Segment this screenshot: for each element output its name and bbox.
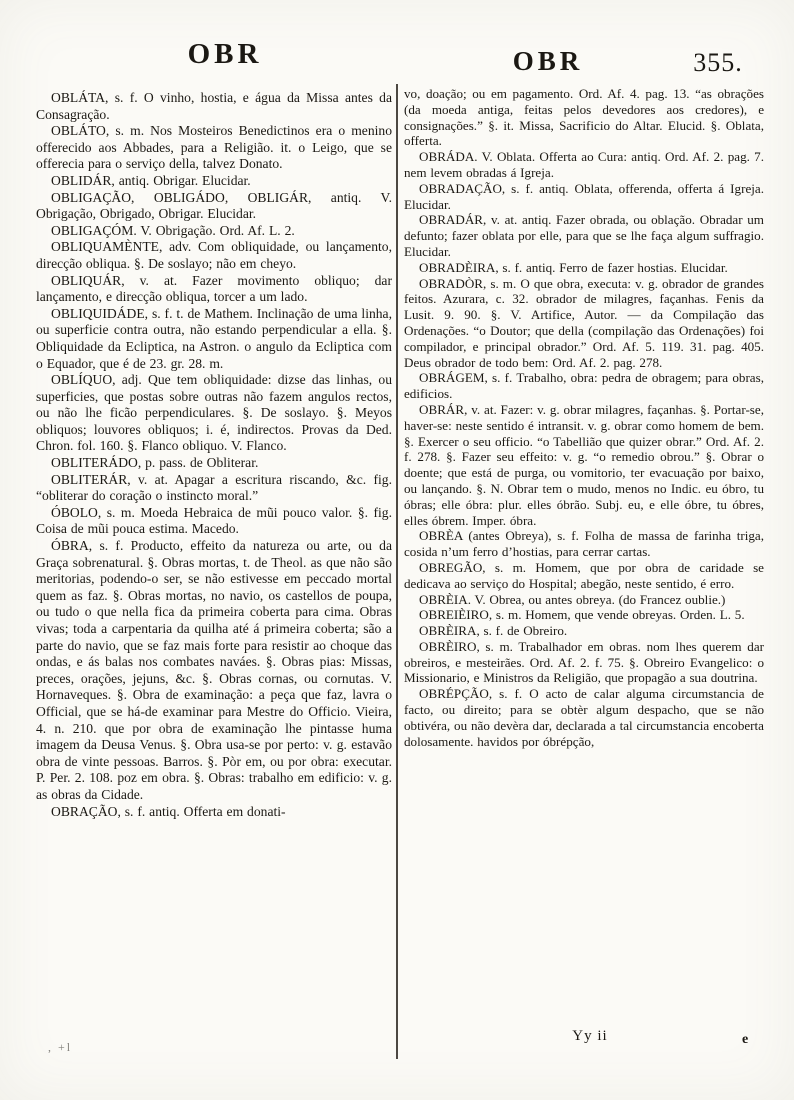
dictionary-entry: OBRÈIRA, s. f. de Obreiro. xyxy=(404,623,764,639)
catchword: e xyxy=(742,1032,748,1048)
signature-mark: Yy ii xyxy=(520,1028,660,1045)
column-divider-rule xyxy=(396,84,398,1059)
running-head-left: OBR xyxy=(145,38,305,71)
left-column: OBLÁTA, s. f. O vinho, hostia, e água da… xyxy=(36,90,392,820)
dictionary-entry: OBLIQUAMÈNTE, adv. Com obliquidade, ou l… xyxy=(36,239,392,272)
dictionary-entry: OBREIÈIRO, s. m. Homem, que vende obreya… xyxy=(404,607,764,623)
dictionary-entry: OBRADÈIRA, s. f. antiq. Ferro de fazer h… xyxy=(404,260,764,276)
ink-mark: , +l xyxy=(48,1040,72,1055)
dictionary-entry: OBRADÁR, v. at. antiq. Fazer obrada, ou … xyxy=(404,212,764,259)
dictionary-entry: OBLITERÁDO, p. pass. de Obliterar. xyxy=(36,455,392,472)
dictionary-entry: OBLÁTO, s. m. Nos Mosteiros Benedictinos… xyxy=(36,123,392,173)
dictionary-entry: OBRÈIRO, s. m. Trabalhador em obras. nom… xyxy=(404,639,764,686)
dictionary-entry: ÓBRA, s. f. Producto, effeito da naturez… xyxy=(36,538,392,804)
dictionary-entry: OBREGÃO, s. m. Homem, que por obra de ca… xyxy=(404,560,764,592)
dictionary-entry: OBLIQUIDÁDE, s. f. t. de Mathem. Inclina… xyxy=(36,306,392,372)
dictionary-entry: vo, doação; ou em pagamento. Ord. Af. 4.… xyxy=(404,86,764,149)
dictionary-entry: OBLIGAÇÃO, OBLIGÁDO, OBLIGÁR, antiq. V. … xyxy=(36,190,392,223)
right-column: vo, doação; ou em pagamento. Ord. Af. 4.… xyxy=(404,86,764,749)
dictionary-entry: OBRÈIA. V. Obrea, ou antes obreya. (do F… xyxy=(404,592,764,608)
dictionary-entry: OBLITERÁR, v. at. Apagar a escritura ris… xyxy=(36,472,392,505)
dictionary-entry: OBLIDÁR, antiq. Obrigar. Elucidar. xyxy=(36,173,392,190)
dictionary-entry: OBRAÇÃO, s. f. antiq. Offerta em donati- xyxy=(36,804,392,821)
dictionary-entry: OBRADAÇÃO, s. f. antiq. Oblata, offerend… xyxy=(404,181,764,213)
dictionary-entry: OBRÈA (antes Obreya), s. f. Folha de mas… xyxy=(404,528,764,560)
running-head-right: OBR xyxy=(468,46,628,77)
dictionary-entry: OBLÍQUO, adj. Que tem obliquidade: dizse… xyxy=(36,372,392,455)
dictionary-entry: ÓBOLO, s. m. Moeda Hebraica de mũi pouco… xyxy=(36,505,392,538)
dictionary-entry: OBLIQUÁR, v. at. Fazer movimento obliquo… xyxy=(36,273,392,306)
page-number: 355. xyxy=(668,48,768,78)
dictionary-entry: OBLIGAÇÓM. V. Obrigação. Ord. Af. L. 2. xyxy=(36,223,392,240)
dictionary-entry: OBLÁTA, s. f. O vinho, hostia, e água da… xyxy=(36,90,392,123)
dictionary-entry: OBRADÒR, s. m. O que obra, executa: v. g… xyxy=(404,276,764,371)
dictionary-entry: OBRÁR, v. at. Fazer: v. g. obrar milagre… xyxy=(404,402,764,528)
dictionary-entry: OBRÉPÇÃO, s. f. O acto de calar alguma c… xyxy=(404,686,764,749)
dictionary-entry: OBRÁGEM, s. f. Trabalho, obra: pedra de … xyxy=(404,370,764,402)
dictionary-page: OBR OBR 355. OBLÁTA, s. f. O vinho, host… xyxy=(0,0,794,1100)
dictionary-entry: OBRÁDA. V. Oblata. Offerta ao Cura: anti… xyxy=(404,149,764,181)
